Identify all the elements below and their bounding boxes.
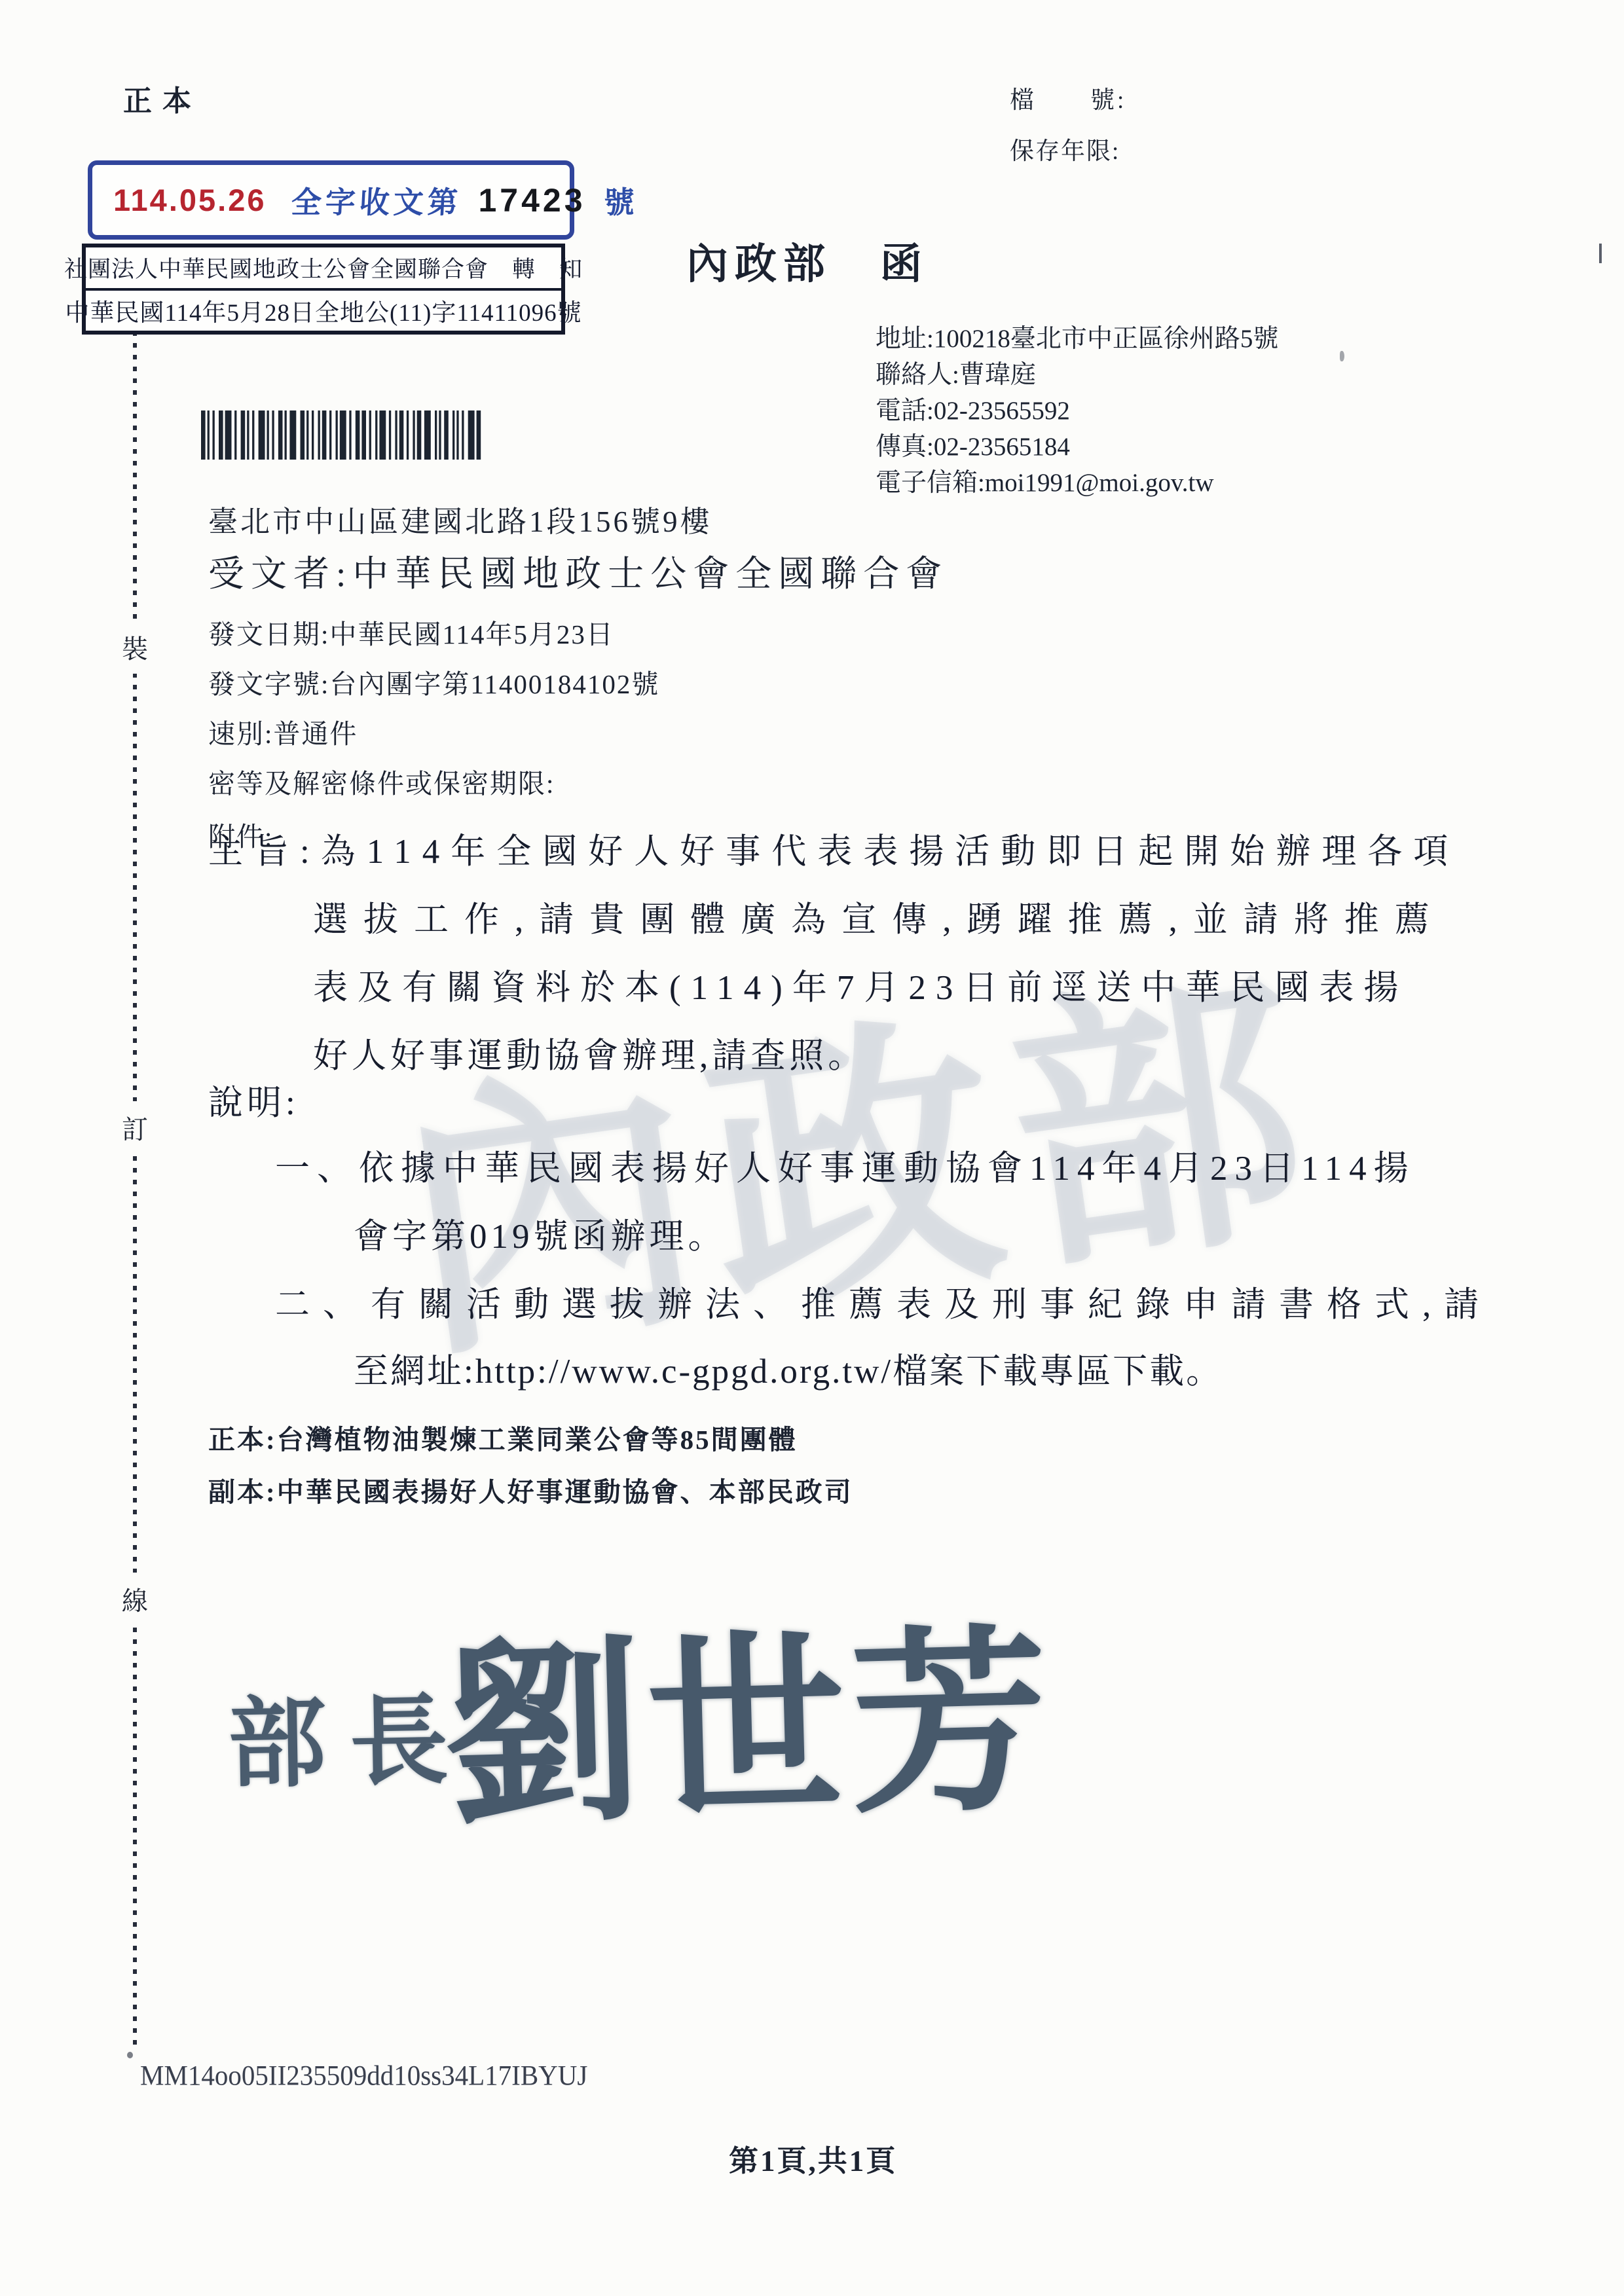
forward-stamp-org-line: 社團法人中華民國地政士公會全國聯合會 轉 知 — [86, 247, 561, 291]
scan-artifact-right-tick — [1599, 244, 1602, 263]
barcode — [201, 410, 484, 460]
minister-title: 部長 — [227, 1661, 473, 1806]
binding-dotted-line — [133, 331, 137, 2052]
binding-char-ding: 訂 — [117, 1101, 153, 1154]
subject-line-4: 好人好事運動協會辦理,請查照。 — [313, 1028, 866, 1078]
retention-period-label: 保存年限: — [1010, 131, 1120, 166]
issue-number-line: 發文字號:台內團字第11400184102號 — [208, 663, 659, 701]
explanation-item1-line2: 會字第019號函辦理。 — [354, 1209, 727, 1258]
speed-class-line: 速別:普通件 — [208, 712, 659, 751]
scan-artifact-mark — [1340, 351, 1344, 361]
subject-line-1: 主旨:為114年全國好人好事代表表揚活動即日起開始辦理各項 — [208, 824, 1459, 873]
subject-line-3: 表及有關資料於本(114)年7月23日前逕送中華民國表揚 — [313, 960, 1408, 1010]
receipt-stamp-box: 114.05.26 全字收文第 17423 號 — [88, 160, 574, 240]
page-number: 第1頁,共1頁 — [729, 2137, 897, 2179]
explanation-heading: 說明: — [208, 1075, 299, 1125]
explanation-item2-line1: 二、有關活動選拔辦法、推薦表及刑事紀錄申請書格式,請 — [275, 1277, 1492, 1326]
sender-contact-block: 地址:100218臺北市中正區徐州路5號 聯絡人:曹瑋庭 電話:02-23565… — [876, 321, 1278, 501]
forward-notice-stamp-box: 社團法人中華民國地政士公會全國聯合會 轉 知 中華民國114年5月28日全地公(… — [82, 244, 565, 335]
binding-char-xian: 線 — [117, 1573, 153, 1626]
minister-signature: 劉世芳 — [440, 1562, 1056, 1862]
issue-date-line: 發文日期:中華民國114年5月23日 — [208, 613, 659, 651]
document-tracking-code: MM14oo05II235509dd10ss34L17IBYUJ — [140, 2059, 587, 2092]
sender-contact-person: 聯絡人:曹瑋庭 — [876, 357, 1278, 393]
file-number-label: 檔 號: — [1010, 80, 1126, 115]
distribution-original-line: 正本:台灣植物油製煉工業同業公會等85間團體 — [208, 1418, 798, 1457]
receipt-stamp-date: 114.05.26 — [113, 182, 267, 218]
receipt-stamp-suffix: 號 — [604, 179, 635, 222]
binding-char-zhuang: 裝 — [117, 621, 153, 674]
recipient-line: 受文者:中華民國地政士公會全國聯合會 — [208, 545, 948, 596]
copy-type-label: 正本 — [123, 77, 202, 119]
distribution-copy-line: 副本:中華民國表揚好人好事運動協會、本部民政司 — [208, 1470, 853, 1509]
security-class-line: 密等及解密條件或保密期限: — [208, 762, 659, 801]
forward-stamp-ref-line: 中華民國114年5月28日全地公(11)字11411096號 — [86, 291, 561, 331]
explanation-item1-line1: 一、依據中華民國表揚好人好事運動協會114年4月23日114揚 — [275, 1140, 1416, 1190]
receipt-stamp-prefix: 全字收文第 — [290, 179, 462, 222]
subject-line-2: 選拔工作,請貴團體廣為宣傳,踴躍推薦,並請將推薦 — [313, 892, 1445, 941]
sender-fax: 傳真:02-23565184 — [876, 429, 1278, 465]
scanned-official-letter: 內政部 裝 訂 線 正本 檔 號: 保存年限: 114.05.26 全字收文第 … — [0, 0, 1624, 2296]
explanation-item2-line2: 至網址:http://www.c-gpgd.org.tw/檔案下載專區下載。 — [354, 1343, 1223, 1393]
letter-title: 內政部 函 — [686, 230, 929, 291]
scan-artifact-dot — [127, 2052, 133, 2058]
sender-phone: 電話:02-23565592 — [876, 393, 1278, 429]
recipient-street-address: 臺北市中山區建國北路1段156號9樓 — [208, 498, 712, 540]
sender-email: 電子信箱:moi1991@moi.gov.tw — [876, 465, 1278, 501]
receipt-stamp-number: 17423 — [479, 181, 586, 219]
sender-address: 地址:100218臺北市中正區徐州路5號 — [876, 321, 1278, 357]
